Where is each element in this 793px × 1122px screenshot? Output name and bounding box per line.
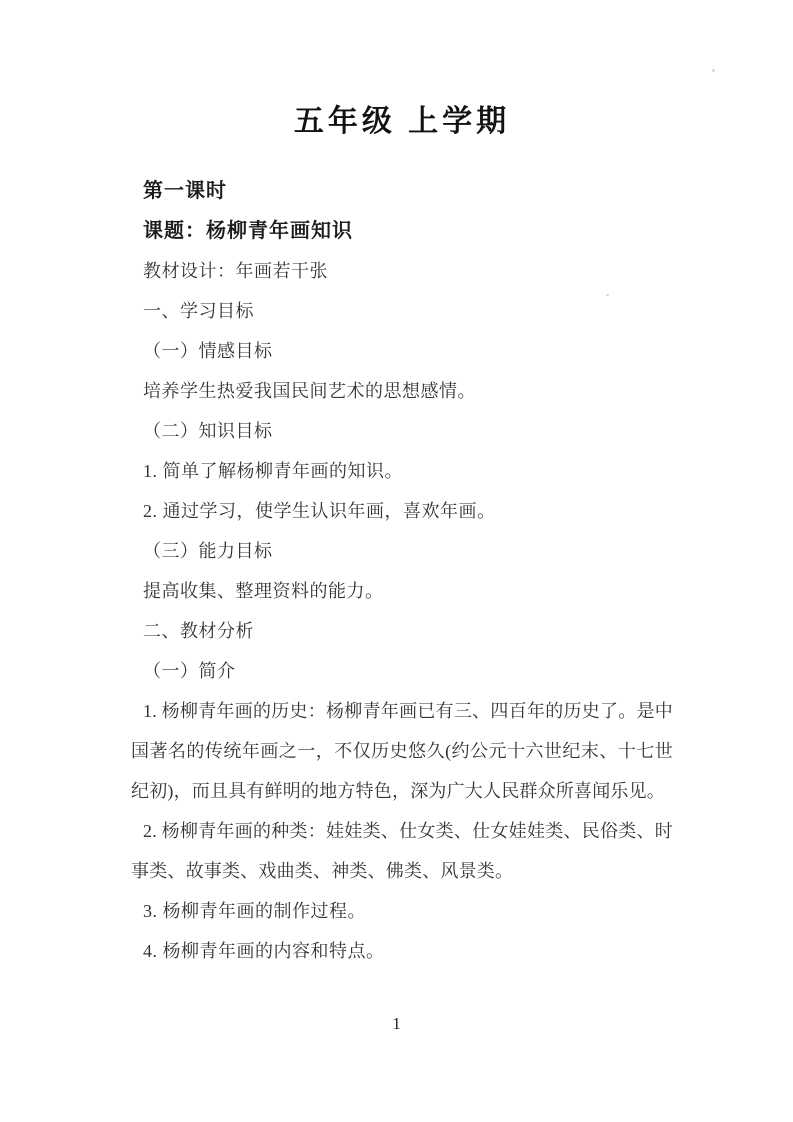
lesson-period-heading: 第一课时 bbox=[131, 171, 673, 211]
ability-goal-text: 提高收集、整理资料的能力。 bbox=[131, 571, 673, 611]
intro-item-process: 3. 杨柳青年画的制作过程。 bbox=[131, 891, 673, 931]
scan-speck bbox=[606, 294, 609, 296]
subsection-ability-goal: （三）能力目标 bbox=[131, 531, 673, 571]
intro-item-categories: 2. 杨柳青年画的种类：娃娃类、仕女类、仕女娃娃类、民俗类、时事类、故事类、戏曲… bbox=[131, 811, 673, 891]
document-page: 五年级 上学期 第一课时 课题：杨柳青年画知识 教材设计：年画若干张 一、学习目… bbox=[0, 0, 793, 1122]
document-body: 第一课时 课题：杨柳青年画知识 教材设计：年画若干张 一、学习目标 （一）情感目… bbox=[131, 171, 673, 971]
emotional-goal-text: 培养学生热爱我国民间艺术的思想感情。 bbox=[131, 371, 673, 411]
knowledge-goal-item-1: 1. 简单了解杨柳青年画的知识。 bbox=[131, 451, 673, 491]
subsection-introduction: （一）简介 bbox=[131, 651, 673, 691]
materials-line: 教材设计：年画若干张 bbox=[131, 251, 673, 291]
subsection-emotional-goal: （一）情感目标 bbox=[131, 331, 673, 371]
intro-item-content-features: 4. 杨柳青年画的内容和特点。 bbox=[131, 931, 673, 971]
intro-item-history: 1. 杨柳青年画的历史：杨柳青年画已有三、四百年的历史了。是中国著名的传统年画之… bbox=[131, 691, 673, 811]
section-learning-goals: 一、学习目标 bbox=[131, 291, 673, 331]
page-number: 1 bbox=[0, 1014, 793, 1034]
page-title: 五年级 上学期 bbox=[131, 99, 673, 145]
subsection-knowledge-goal: （二）知识目标 bbox=[131, 411, 673, 451]
section-material-analysis: 二、教材分析 bbox=[131, 611, 673, 651]
lesson-topic-heading: 课题：杨柳青年画知识 bbox=[131, 211, 673, 251]
scan-speck bbox=[712, 69, 715, 72]
knowledge-goal-item-2: 2. 通过学习，使学生认识年画，喜欢年画。 bbox=[131, 491, 673, 531]
